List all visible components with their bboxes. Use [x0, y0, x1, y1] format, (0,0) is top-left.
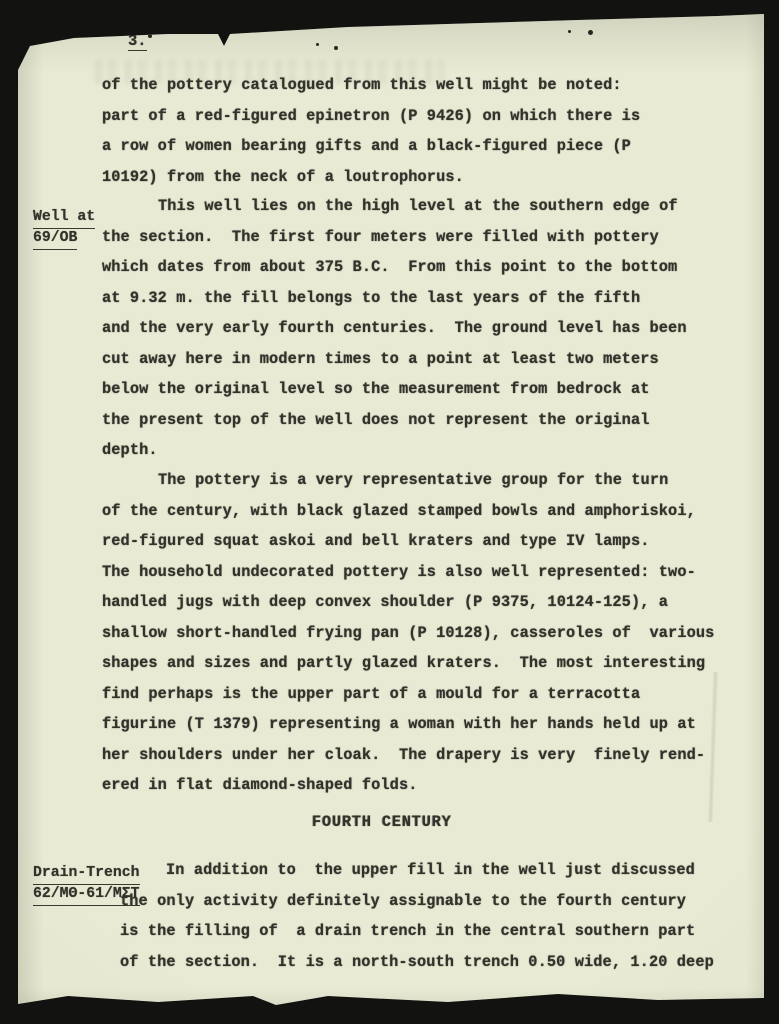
text-line: the only activity definitely assignable … [102, 886, 714, 917]
text-line: shallow short-handled frying pan (P 1012… [102, 618, 714, 649]
text-line: a row of women bearing gifts and a black… [102, 131, 640, 162]
paragraph-4: In addition to the upper fill in the wel… [102, 855, 714, 977]
text-line: her shoulders under her cloak. The drape… [102, 740, 714, 771]
ink-speck [316, 43, 319, 46]
text-line: In addition to the upper fill in the wel… [102, 855, 714, 886]
text-line: 10192) from the neck of a loutrophorus. [102, 162, 640, 193]
text-line: at 9.32 m. the fill belongs to the last … [102, 283, 687, 314]
text-line: of the pottery catalogued from this well… [102, 70, 640, 101]
text-line: the present top of the well does not rep… [102, 405, 687, 436]
text-line: This well lies on the high level at the … [102, 191, 687, 222]
text-line: part of a red-figured epinetron (P 9426)… [102, 101, 640, 132]
text-line: find perhaps is the upper part of a moul… [102, 679, 714, 710]
text-line: shapes and sizes and partly glazed krate… [102, 648, 714, 679]
text-line: figurine (T 1379) representing a woman w… [102, 709, 714, 740]
paragraph-3: The pottery is a very representative gro… [102, 465, 714, 801]
scan-background: { "document": { "page_number": "3.", "se… [0, 0, 779, 1024]
ink-speck [334, 46, 338, 50]
ink-speck [148, 34, 152, 38]
paragraph-2: This well lies on the high level at the … [102, 191, 687, 466]
text-line: of the section. It is a north-south tren… [102, 947, 714, 978]
text-line: which dates from about 375 B.C. From thi… [102, 252, 687, 283]
text-line: of the century, with black glazed stampe… [102, 496, 714, 527]
margin-label-well: Well at 69/OB [33, 208, 95, 250]
text-line: The household undecorated pottery is als… [102, 557, 714, 588]
text-line: cut away here in modern times to a point… [102, 344, 687, 375]
text-line: depth. [102, 435, 687, 466]
text-line: The pottery is a very representative gro… [102, 465, 714, 496]
paragraph-1: of the pottery catalogued from this well… [102, 70, 640, 192]
ink-speck [568, 30, 571, 33]
document-paper: 3. Well at 69/OB Drain-Trench 62/ΜΘ-61/Μ… [18, 12, 764, 1010]
page-number: 3. [128, 32, 147, 51]
text-line: ered in flat diamond-shaped folds. [102, 770, 714, 801]
text-line: the section. The first four meters were … [102, 222, 687, 253]
section-heading: FOURTH CENTURY [312, 813, 452, 831]
margin-label-well-line1: Well at [33, 208, 95, 229]
text-line: and the very early fourth centuries. The… [102, 313, 687, 344]
margin-label-well-line2: 69/OB [33, 229, 77, 250]
ink-speck [588, 30, 593, 35]
text-line: red-figured squat askoi and bell kraters… [102, 526, 714, 557]
text-line: below the original level so the measurem… [102, 374, 687, 405]
text-line: handled jugs with deep convex shoulder (… [102, 587, 714, 618]
text-line: is the filling of a drain trench in the … [102, 916, 714, 947]
